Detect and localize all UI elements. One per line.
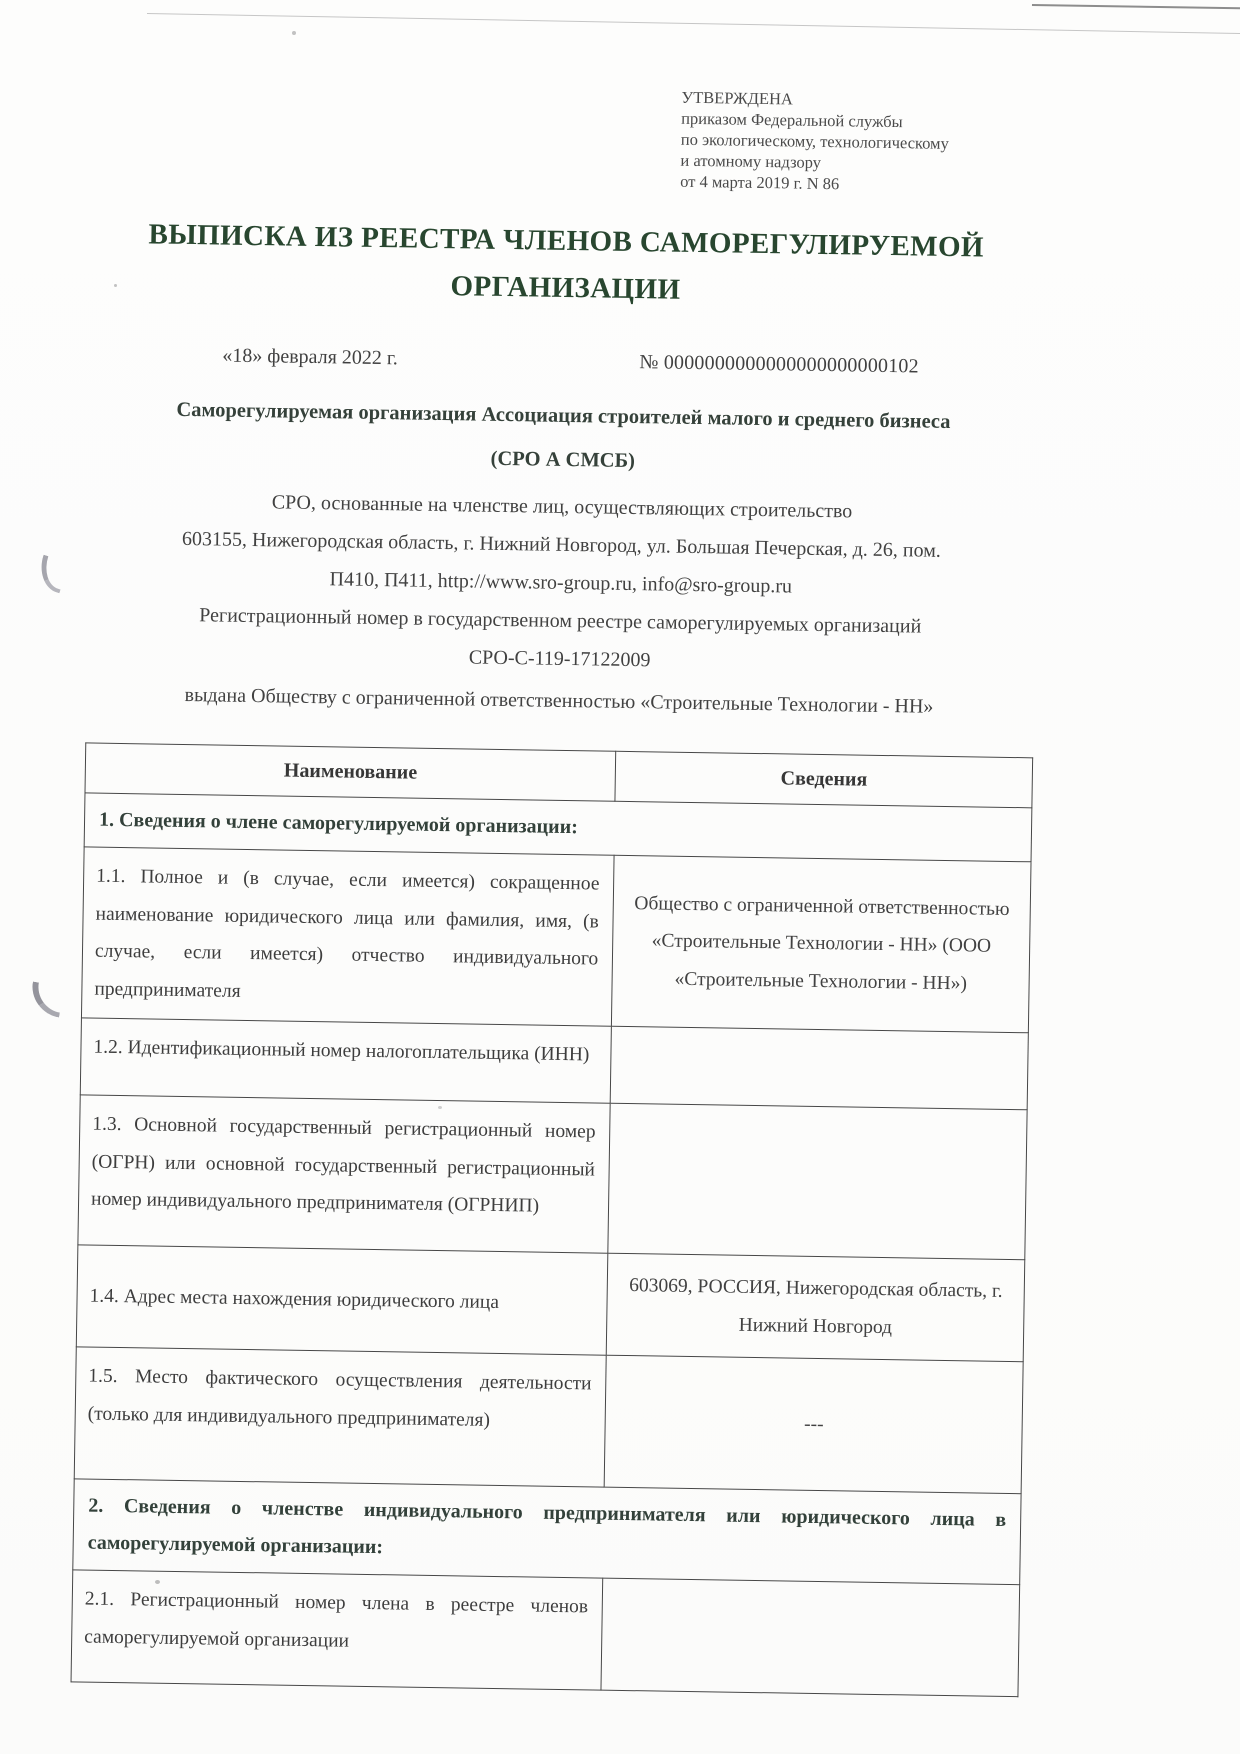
document-title: ВЫПИСКА ИЗ РЕЕСТРА ЧЛЕНОВ САМОРЕГУЛИРУЕМ… <box>0 209 1137 321</box>
registry-extract-table: Наименование Сведения 1. Сведения о член… <box>71 742 1034 1697</box>
document-date: «18» февраля 2022 г. <box>222 345 398 371</box>
meta-row: «18» февраля 2022 г. № 00000000000000000… <box>0 341 1134 391</box>
table-row: 1.3. Основной государственный регистраци… <box>78 1095 1027 1260</box>
document-number: № 0000000000000000000000102 <box>639 351 919 378</box>
table-section-row: 2. Сведения о членстве индивидуального п… <box>73 1479 1021 1585</box>
approval-block: УТВЕРЖДЕНА приказом Федеральной службы п… <box>680 87 1139 199</box>
row-1-3-value <box>608 1103 1027 1260</box>
table-row: 1.5. Место фактического осуществления де… <box>74 1347 1023 1494</box>
document-content: УТВЕРЖДЕНА приказом Федеральной службы п… <box>0 0 1140 1699</box>
row-2-1-value <box>601 1578 1019 1697</box>
scan-artifact-line <box>1032 4 1240 9</box>
section-2-title: 2. Сведения о членстве индивидуального п… <box>73 1479 1021 1585</box>
row-1-4-value: 603069, РОССИЯ, Нижегородская область, г… <box>607 1253 1025 1362</box>
organization-name-block: Саморегулируемая организация Ассоциация … <box>0 385 1134 491</box>
row-1-2-label: 1.2. Идентификационный номер налогоплате… <box>80 1018 611 1103</box>
row-1-2-value <box>610 1026 1028 1110</box>
column-header-details: Сведения <box>615 751 1032 808</box>
row-1-4-label: 1.4. Адрес места нахождения юридического… <box>76 1245 608 1355</box>
column-header-name: Наименование <box>85 743 616 801</box>
row-1-1-value: Общество с ограниченной ответственностью… <box>612 855 1031 1033</box>
row-1-3-label: 1.3. Основной государственный регистраци… <box>78 1095 611 1253</box>
row-1-5-label: 1.5. Место фактического осуществления де… <box>74 1347 606 1487</box>
table-row: 1.2. Идентификационный номер налогоплате… <box>80 1018 1028 1110</box>
table-row: 2.1. Регистрационный номер члена в реест… <box>71 1570 1020 1697</box>
row-2-1-label: 2.1. Регистрационный номер члена в реест… <box>71 1570 603 1690</box>
table-row: 1.1. Полное и (в случае, если имеется) с… <box>81 847 1031 1033</box>
table-row: 1.4. Адрес места нахождения юридического… <box>76 1245 1024 1362</box>
scanned-document-page: УТВЕРЖДЕНА приказом Федеральной службы п… <box>0 0 1240 1754</box>
row-1-1-label: 1.1. Полное и (в случае, если имеется) с… <box>81 847 614 1026</box>
row-1-5-value: --- <box>604 1355 1023 1494</box>
